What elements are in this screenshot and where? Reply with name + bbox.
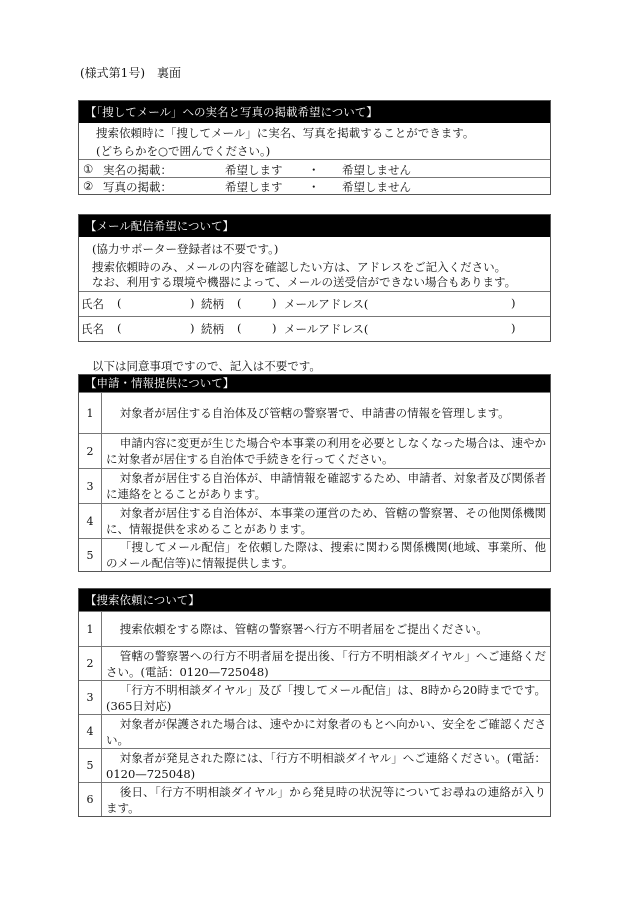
note-line: なお、利用する環境や機器によって、メールの送受信ができない場合もあります。 bbox=[92, 274, 516, 290]
table-row: 3 「行方不明相談ダイヤル」及び「捜してメール配信」は、8時から20時までです。… bbox=[79, 680, 550, 714]
paren-close: ) bbox=[190, 321, 195, 335]
intro-line: 捜索依頼時に「捜してメール」に実名、写真を掲載することができます。 bbox=[96, 125, 474, 141]
relation-label: 続柄 bbox=[201, 321, 224, 337]
instruction-line: (どちらかを○で囲んでください。) bbox=[96, 143, 270, 159]
row-text: 対象者が居住する自治体及び管轄の警察署で、申請書の情報を管理します。 bbox=[102, 393, 550, 433]
option-no[interactable]: 希望しません bbox=[342, 162, 411, 178]
paren-close: ) bbox=[190, 296, 195, 310]
row-number: 3 bbox=[79, 681, 102, 714]
section-title: 【捜索依頼について】 bbox=[79, 589, 550, 611]
mail-delivery-section: 【メール配信希望について】 (協力サポーター登録者は不要です。) 捜索依頼時のみ… bbox=[78, 214, 551, 342]
row-text: 対象者が発見された際には、「行方不明相談ダイヤル」へご連絡ください。(電話：01… bbox=[102, 749, 550, 782]
relation-field[interactable] bbox=[247, 321, 269, 335]
marker: ① bbox=[83, 162, 93, 176]
relation-label: 続柄 bbox=[201, 296, 224, 312]
row-number: 2 bbox=[79, 647, 102, 680]
email-field[interactable] bbox=[379, 321, 504, 335]
paren-close: ) bbox=[272, 296, 277, 310]
option-separator: ・ bbox=[308, 162, 320, 178]
option-yes[interactable]: 希望します bbox=[225, 162, 283, 178]
name-field[interactable] bbox=[127, 321, 187, 335]
name-field[interactable] bbox=[127, 296, 187, 310]
email-label: メールアドレス( bbox=[284, 321, 368, 337]
note-line: (協力サポーター登録者は不要です。) bbox=[92, 241, 278, 257]
paren-open: ( bbox=[117, 296, 122, 310]
divider bbox=[79, 177, 550, 178]
name-label: 氏名 bbox=[81, 321, 104, 337]
table-row: 1 対象者が居住する自治体及び管轄の警察署で、申請書の情報を管理します。 bbox=[79, 392, 550, 433]
row-number: 3 bbox=[79, 469, 102, 503]
divider bbox=[79, 291, 550, 292]
table-row: 5 対象者が発見された際には、「行方不明相談ダイヤル」へご連絡ください。(電話：… bbox=[79, 748, 550, 782]
photo-consent-section: 【「捜してメール」への実名と写真の掲載希望について】 捜索依頼時に「捜してメール… bbox=[78, 100, 551, 195]
row-number: 5 bbox=[79, 749, 102, 782]
paren-open: ( bbox=[237, 296, 242, 310]
paren-close: ) bbox=[511, 296, 516, 310]
row-number: 2 bbox=[79, 434, 102, 468]
row-number: 1 bbox=[79, 612, 102, 646]
table-row: 3 対象者が居住する自治体が、申請情報を確認するため、申請者、対象者及び関係者に… bbox=[79, 468, 550, 503]
row-text: 管轄の警察署への行方不明者届を提出後、「行方不明相談ダイヤル」へご連絡ください。… bbox=[102, 647, 550, 680]
marker: ② bbox=[83, 179, 93, 193]
table-row: 2 管轄の警察署への行方不明者届を提出後、「行方不明相談ダイヤル」へご連絡くださ… bbox=[79, 646, 550, 680]
option-separator: ・ bbox=[308, 179, 320, 195]
relation-field[interactable] bbox=[247, 296, 269, 310]
option-label: 写真の掲載： bbox=[103, 179, 172, 195]
row-text: 「行方不明相談ダイヤル」及び「捜してメール配信」は、8時から20時までです。(3… bbox=[102, 681, 550, 714]
paren-open: ( bbox=[117, 321, 122, 335]
option-no[interactable]: 希望しません bbox=[342, 179, 411, 195]
option-yes[interactable]: 希望します bbox=[225, 179, 283, 195]
name-label: 氏名 bbox=[81, 296, 104, 312]
consent-note: 以下は同意事項ですので、記入は不要です。 bbox=[92, 358, 321, 374]
row-text: 対象者が保護された場合は、速やかに対象者のもとへ向かい、安全をご確認ください。 bbox=[102, 715, 550, 748]
email-label: メールアドレス( bbox=[284, 296, 368, 312]
table-row: 2 申請内容に変更が生じた場合や本事業の利用を必要としなくなった場合は、速やかに… bbox=[79, 433, 550, 468]
table-row: 6 後日、「行方不明相談ダイヤル」から発見時の状況等についてお尋ねの連絡が入りま… bbox=[79, 782, 550, 816]
row-text: 対象者が居住する自治体が、本事業の運営のため、管轄の警察署、その他関係機関に、情… bbox=[102, 504, 550, 538]
email-field[interactable] bbox=[379, 296, 504, 310]
table-row: 4 対象者が保護された場合は、速やかに対象者のもとへ向かい、安全をご確認ください… bbox=[79, 714, 550, 748]
search-request-section: 【捜索依頼について】 1 捜索依頼をする際は、管轄の警察署へ行方不明者届をご提出… bbox=[78, 588, 551, 817]
option-label: 実名の掲載： bbox=[103, 162, 172, 178]
section-title: 【メール配信希望について】 bbox=[79, 215, 550, 237]
form-id: (様式第1号) 裏面 bbox=[80, 64, 181, 81]
row-number: 4 bbox=[79, 504, 102, 538]
row-number: 6 bbox=[79, 783, 102, 816]
row-text: 申請内容に変更が生じた場合や本事業の利用を必要としなくなった場合は、速やかに対象… bbox=[102, 434, 550, 468]
table-row: 4 対象者が居住する自治体が、本事業の運営のため、管轄の警察署、その他関係機関に… bbox=[79, 503, 550, 538]
row-text: 後日、「行方不明相談ダイヤル」から発見時の状況等についてお尋ねの連絡が入ります。 bbox=[102, 783, 550, 816]
row-text: 対象者が居住する自治体が、申請情報を確認するため、申請者、対象者及び関係者に連絡… bbox=[102, 469, 550, 503]
section-title: 【「捜してメール」への実名と写真の掲載希望について】 bbox=[79, 101, 550, 123]
section-title: 【申請・情報提供について】 bbox=[79, 375, 550, 392]
table-row: 5 「捜してメール配信」を依頼した際は、捜索に関わる関係機関(地域、事業所、他の… bbox=[79, 538, 550, 571]
table-row: 1 捜索依頼をする際は、管轄の警察署へ行方不明者届をご提出ください。 bbox=[79, 611, 550, 646]
row-number: 4 bbox=[79, 715, 102, 748]
row-text: 「捜してメール配信」を依頼した際は、捜索に関わる関係機関(地域、事業所、他のメー… bbox=[102, 539, 550, 571]
paren-close: ) bbox=[511, 321, 516, 335]
divider bbox=[79, 159, 550, 160]
application-info-section: 【申請・情報提供について】 1 対象者が居住する自治体及び管轄の警察署で、申請書… bbox=[78, 374, 551, 572]
row-number: 1 bbox=[79, 393, 102, 433]
paren-open: ( bbox=[237, 321, 242, 335]
row-text: 捜索依頼をする際は、管轄の警察署へ行方不明者届をご提出ください。 bbox=[102, 612, 550, 646]
row-number: 5 bbox=[79, 539, 102, 571]
divider bbox=[79, 316, 550, 317]
paren-close: ) bbox=[272, 321, 277, 335]
note-line: 捜索依頼時のみ、メールの内容を確認したい方は、アドレスをご記入ください。 bbox=[92, 259, 506, 275]
